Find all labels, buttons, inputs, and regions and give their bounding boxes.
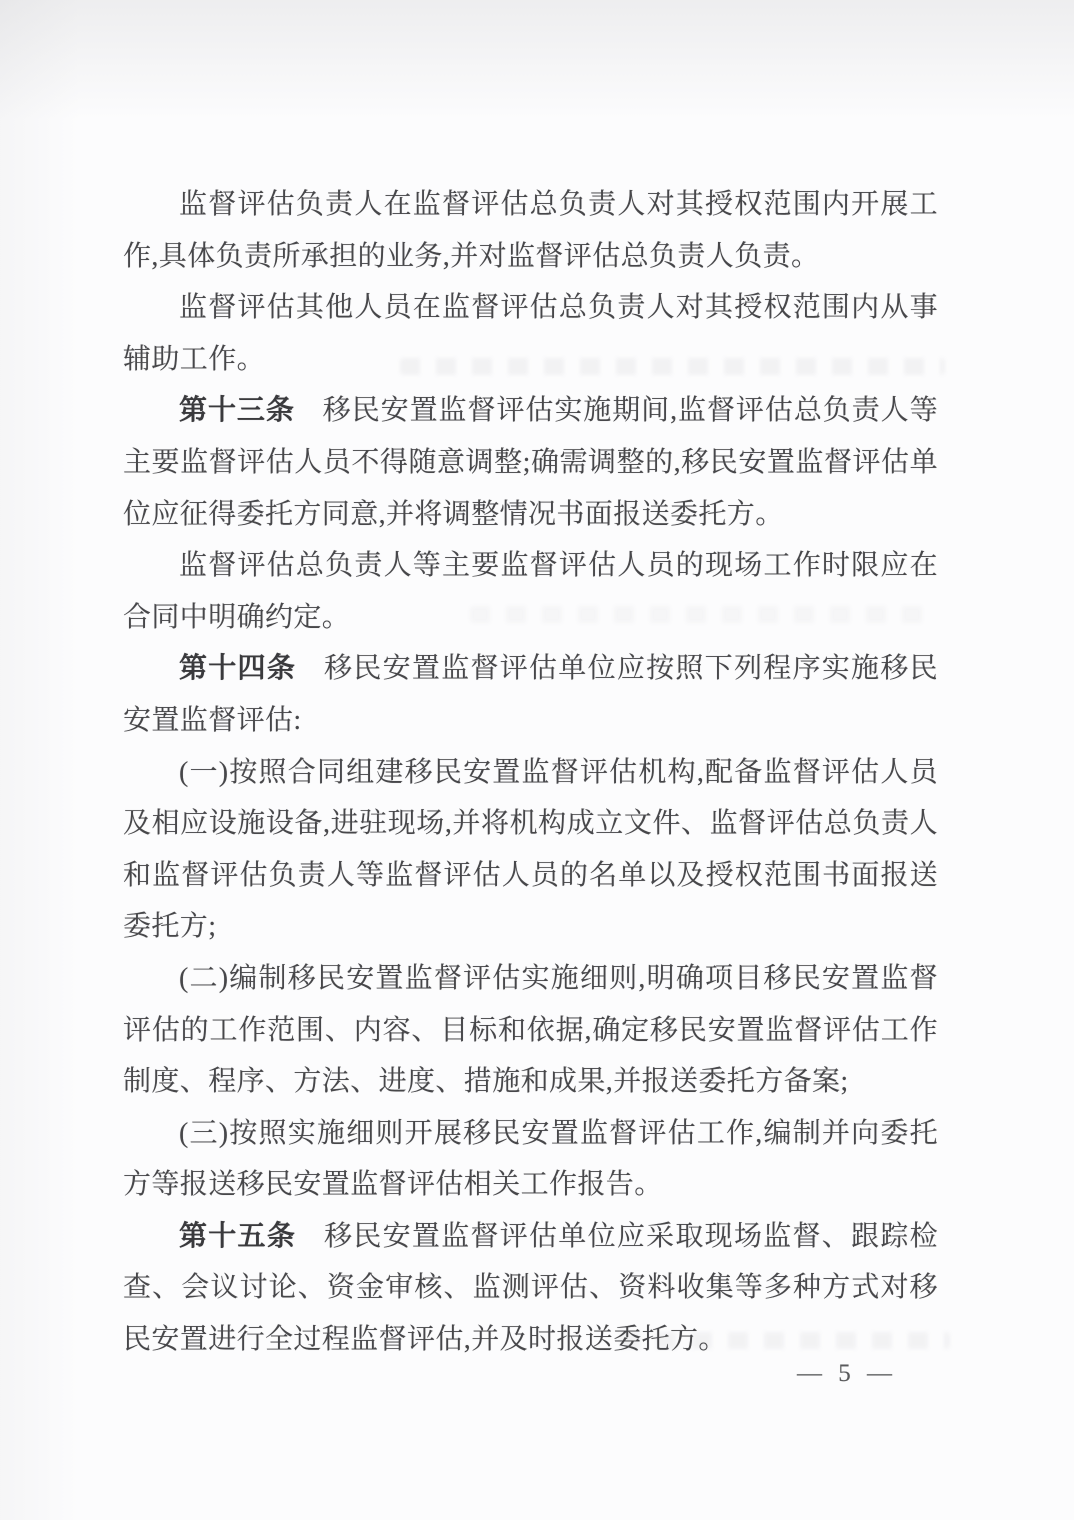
body-paragraph: 监督评估负责人在监督评估总负责人对其授权范围内开展工作,具体负责所承担的业务,并… bbox=[123, 179, 938, 282]
scan-shading-top bbox=[0, 0, 1074, 120]
scanned-document-page: 监督评估负责人在监督评估总负责人对其授权范围内开展工作,具体负责所承担的业务,并… bbox=[0, 0, 1074, 1520]
body-paragraph: 监督评估其他人员在监督评估总负责人对其授权范围内从事辅助工作。 bbox=[123, 282, 938, 385]
document-body: 监督评估负责人在监督评估总负责人对其授权范围内开展工作,具体负责所承担的业务,并… bbox=[123, 179, 938, 1366]
article-14-number: 第十四条 bbox=[179, 653, 296, 684]
body-paragraph: 监督评估总负责人等主要监督评估人员的现场工作时限应在合同中明确约定。 bbox=[123, 540, 938, 643]
article-15-number: 第十五条 bbox=[179, 1221, 296, 1252]
list-item-3-paragraph: (三)按照实施细则开展移民安置监督评估工作,编制并向委托方等报送移民安置监督评估… bbox=[123, 1108, 938, 1211]
list-item-2-paragraph: (二)编制移民安置监督评估实施细则,明确项目移民安置监督评估的工作范围、内容、目… bbox=[123, 953, 938, 1108]
article-13-number: 第十三条 bbox=[179, 395, 295, 426]
article-15-paragraph: 第十五条移民安置监督评估单位应采取现场监督、跟踪检查、会议讨论、资金审核、监测评… bbox=[123, 1211, 938, 1366]
scan-shading-left bbox=[0, 0, 80, 1520]
page-number: — 5 — bbox=[797, 1360, 897, 1388]
article-13-paragraph: 第十三条移民安置监督评估实施期间,监督评估总负责人等主要监督评估人员不得随意调整… bbox=[123, 385, 938, 540]
list-item-1-paragraph: (一)按照合同组建移民安置监督评估机构,配备监督评估人员及相应设施设备,进驻现场… bbox=[123, 747, 938, 953]
article-14-paragraph: 第十四条移民安置监督评估单位应按照下列程序实施移民安置监督评估: bbox=[123, 643, 938, 746]
